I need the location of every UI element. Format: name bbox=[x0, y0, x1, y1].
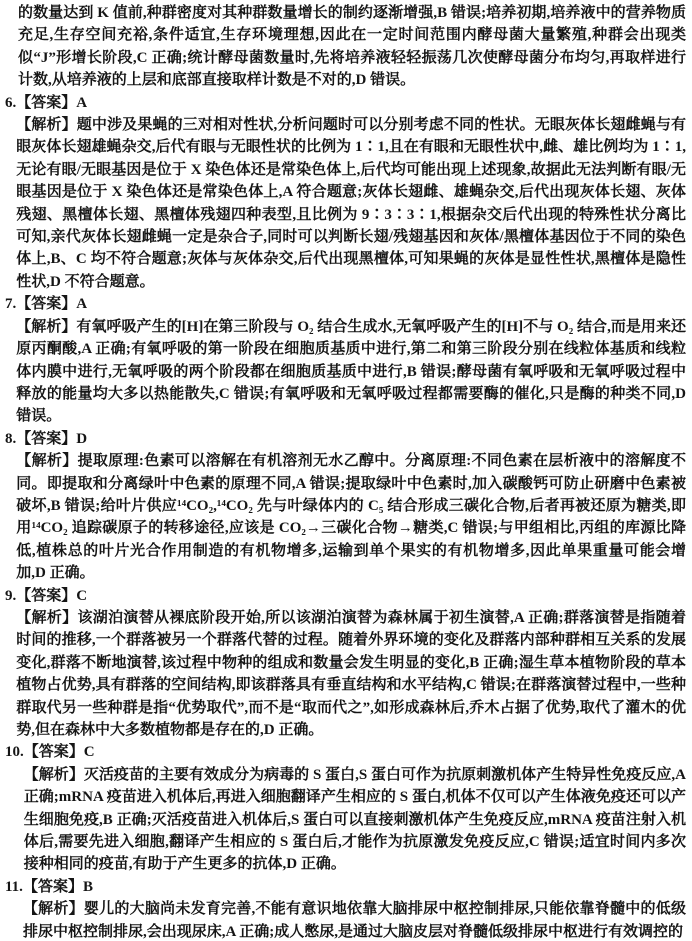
answer-value: B bbox=[83, 879, 93, 895]
item-number: 6. bbox=[5, 92, 16, 114]
analysis-paragraph: 【解析】题中涉及果蝇的三对相对性状,分析问题时可以分别考虑不同的性状。无眼灰体长… bbox=[16, 114, 686, 293]
analysis-text: 提取原理:色素可以溶解在有机溶剂无水乙醇中。分离原理:不同色素在层析液中的溶解度… bbox=[16, 453, 686, 581]
answer-label: 【答案】 bbox=[16, 431, 76, 447]
answer-label: 【答案】 bbox=[16, 95, 76, 111]
analysis-label: 【解析】 bbox=[16, 453, 77, 469]
item-number: 8. bbox=[5, 428, 16, 450]
answer-value: A bbox=[76, 296, 87, 312]
analysis-text: 有氧呼吸产生的[H]在第三阶段与 O₂ 结合生成水,无氧呼吸产生的[H]不与 O… bbox=[16, 319, 686, 425]
answer-label: 【答案】 bbox=[16, 296, 76, 312]
answer-line: 【答案】C bbox=[24, 741, 686, 763]
answer-label: 【答案】 bbox=[23, 879, 83, 895]
previous-item-analysis-continuation: 的数量达到 K 值前,种群密度对其种群数量增长的制约逐渐增强,B 错误;培养初期… bbox=[18, 2, 686, 92]
analysis-label: 【解析】 bbox=[16, 117, 77, 133]
item-content: 【答案】B 【解析】婴儿的大脑尚未发育完善,不能有意识地依靠大脑排尿中枢控制排尿… bbox=[23, 876, 686, 941]
answer-key-page: 的数量达到 K 值前,种群密度对其种群数量增长的制约逐渐增强,B 错误;培养初期… bbox=[0, 0, 692, 941]
analysis-label: 【解析】 bbox=[16, 610, 77, 626]
analysis-paragraph: 【解析】提取原理:色素可以溶解在有机溶剂无水乙醇中。分离原理:不同色素在层析液中… bbox=[16, 450, 686, 584]
analysis-label: 【解析】 bbox=[23, 901, 84, 917]
answer-line: 【答案】A bbox=[16, 92, 686, 114]
item-number: 9. bbox=[5, 585, 16, 607]
item-number: 10. bbox=[5, 741, 24, 763]
item-number: 11. bbox=[5, 876, 23, 898]
item-content: 【答案】C 【解析】灭活疫苗的主要有效成分为病毒的 S 蛋白,S 蛋白可作为抗原… bbox=[24, 741, 686, 875]
analysis-text: 灭活疫苗的主要有效成分为病毒的 S 蛋白,S 蛋白可作为抗原刺激机体产生特异性免… bbox=[24, 767, 686, 873]
answer-label: 【答案】 bbox=[16, 588, 76, 604]
analysis-label: 【解析】 bbox=[24, 767, 84, 783]
answer-item-6: 6. 【答案】A 【解析】题中涉及果蝇的三对相对性状,分析问题时可以分别考虑不同… bbox=[5, 92, 686, 294]
answer-line: 【答案】A bbox=[16, 293, 686, 315]
item-content: 【答案】C 【解析】该湖泊演替从裸底阶段开始,所以该湖泊演替为森林属于初生演替,… bbox=[16, 585, 686, 742]
answer-item-10: 10. 【答案】C 【解析】灭活疫苗的主要有效成分为病毒的 S 蛋白,S 蛋白可… bbox=[5, 741, 686, 875]
item-number: 7. bbox=[5, 293, 16, 315]
item-content: 【答案】D 【解析】提取原理:色素可以溶解在有机溶剂无水乙醇中。分离原理:不同色… bbox=[16, 428, 686, 585]
answer-line: 【答案】B bbox=[23, 876, 686, 898]
analysis-label: 【解析】 bbox=[16, 319, 76, 335]
analysis-paragraph: 【解析】该湖泊演替从裸底阶段开始,所以该湖泊演替为森林属于初生演替,A 正确;群… bbox=[16, 607, 686, 741]
answer-value: C bbox=[84, 744, 95, 760]
analysis-text: 婴儿的大脑尚未发育完善,不能有意识地依靠大脑排尿中枢控制排尿,只能依靠脊髓中的低… bbox=[23, 901, 686, 939]
answer-value: C bbox=[76, 588, 87, 604]
analysis-paragraph: 【解析】婴儿的大脑尚未发育完善,不能有意识地依靠大脑排尿中枢控制排尿,只能依靠脊… bbox=[23, 898, 686, 941]
analysis-text: 该湖泊演替从裸底阶段开始,所以该湖泊演替为森林属于初生演替,A 正确;群落演替是… bbox=[16, 610, 686, 738]
answer-item-7: 7. 【答案】A 【解析】有氧呼吸产生的[H]在第三阶段与 O₂ 结合生成水,无… bbox=[5, 293, 686, 427]
answer-item-9: 9. 【答案】C 【解析】该湖泊演替从裸底阶段开始,所以该湖泊演替为森林属于初生… bbox=[5, 585, 686, 742]
answer-value: A bbox=[76, 95, 87, 111]
answer-line: 【答案】C bbox=[16, 585, 686, 607]
answer-label: 【答案】 bbox=[24, 744, 84, 760]
analysis-paragraph: 【解析】灭活疫苗的主要有效成分为病毒的 S 蛋白,S 蛋白可作为抗原刺激机体产生… bbox=[24, 764, 686, 876]
answer-item-8: 8. 【答案】D 【解析】提取原理:色素可以溶解在有机溶剂无水乙醇中。分离原理:… bbox=[5, 428, 686, 585]
item-content: 【答案】A 【解析】题中涉及果蝇的三对相对性状,分析问题时可以分别考虑不同的性状… bbox=[16, 92, 686, 294]
answer-line: 【答案】D bbox=[16, 428, 686, 450]
analysis-text: 题中涉及果蝇的三对相对性状,分析问题时可以分别考虑不同的性状。无眼灰体长翅雌蝇与… bbox=[16, 117, 686, 290]
answer-value: D bbox=[76, 431, 87, 447]
item-content: 【答案】A 【解析】有氧呼吸产生的[H]在第三阶段与 O₂ 结合生成水,无氧呼吸… bbox=[16, 293, 686, 427]
analysis-paragraph: 【解析】有氧呼吸产生的[H]在第三阶段与 O₂ 结合生成水,无氧呼吸产生的[H]… bbox=[16, 316, 686, 428]
answer-item-11: 11. 【答案】B 【解析】婴儿的大脑尚未发育完善,不能有意识地依靠大脑排尿中枢… bbox=[5, 876, 686, 941]
